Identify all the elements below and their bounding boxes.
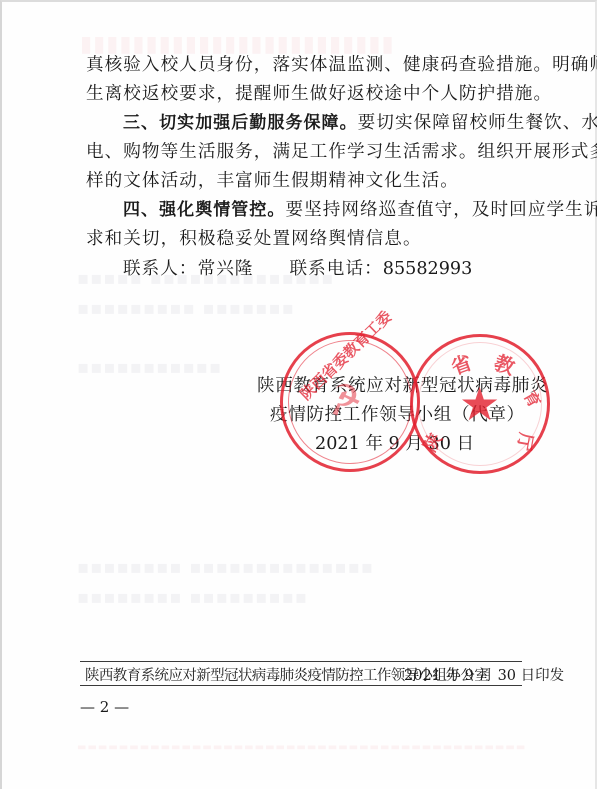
bleed-through-text: ▪▪▪▪▪▪▪▪ ▪▪▪▪▪▪▪▪▪	[77, 587, 308, 608]
bleed-through-text: ▪▪▪▪▪▪▪▪▪▪▪	[77, 357, 222, 378]
document-page: ▮▮▮▮▮▮▮▮▮▮▮▮▮▮▮▮▮▮▮▮▮▮▮▮ ▪▪▪▪▪ ▪▪▪▪▪▪▪▪▪…	[0, 0, 597, 789]
section-3-line: 三、切实加强后勤服务保障。要切实保障留校师生餐饮、水	[123, 112, 597, 134]
section-3-line: 样的文体活动，丰富师生假期精神文化生活。	[86, 170, 459, 192]
signature-org-line2: 疫情防控工作领导小组（代章）	[270, 401, 525, 426]
footer-bottom-rule	[80, 685, 522, 686]
section-4-line: 四、强化舆情管控。要坚持网络巡查值守，及时回应学生诉	[123, 199, 597, 221]
page-number: — 2 —	[80, 698, 129, 716]
section-3-text: 要切实保障留校师生餐饮、水	[358, 113, 597, 133]
bleed-through-text: ▬▬▬▬▬▬▬▬▬▬▬▬▬▬▬▬▬▬▬▬▬▬▬▬▬▬▬▬▬▬▬▬▬▬▬▬▬▬▬▬…	[77, 742, 526, 753]
section-4-heading: 四、强化舆情管控。	[123, 200, 285, 220]
footer-top-rule	[80, 661, 522, 662]
bleed-through-text: ▪▪▪▪▪▪▪▪ ▪▪▪▪▪▪▪▪▪▪▪▪▪▪	[77, 557, 374, 578]
section-4-line: 求和关切，积极稳妥处置网络舆情信息。	[86, 228, 422, 250]
section-3-line: 电、购物等生活服务，满足工作学习生活需求。组织开展形式多	[86, 141, 597, 163]
contact-phone-label: 联系电话：	[290, 259, 383, 279]
bleed-through-text: ▪▪▪▪▪▪▪▪▪ ▪▪▪▪▪▪▪	[77, 298, 295, 319]
signature-org-line1: 陕西教育系统应对新型冠状病毒肺炎	[257, 372, 548, 397]
footer-issue-date: 2021 年 9 月 30 日印发	[404, 664, 564, 685]
contact-line: 联系人：常兴隆联系电话：85582993	[123, 258, 472, 280]
contact-phone: 85582993	[383, 259, 473, 279]
paragraph-line: 真核验入校人员身份，落实体温监测、健康码查验措施。明确师	[86, 54, 597, 76]
section-3-heading: 三、切实加强后勤服务保障。	[123, 113, 358, 133]
contact-person-name: 常兴隆	[198, 259, 254, 279]
section-4-text: 要坚持网络巡查值守，及时回应学生诉	[285, 200, 597, 220]
paragraph-line: 生离校返校要求，提醒师生做好返校途中个人防护措施。	[86, 83, 552, 105]
signature-date: 2021 年 9 月 30 日	[315, 430, 474, 455]
contact-person-label: 联系人：	[123, 259, 198, 279]
